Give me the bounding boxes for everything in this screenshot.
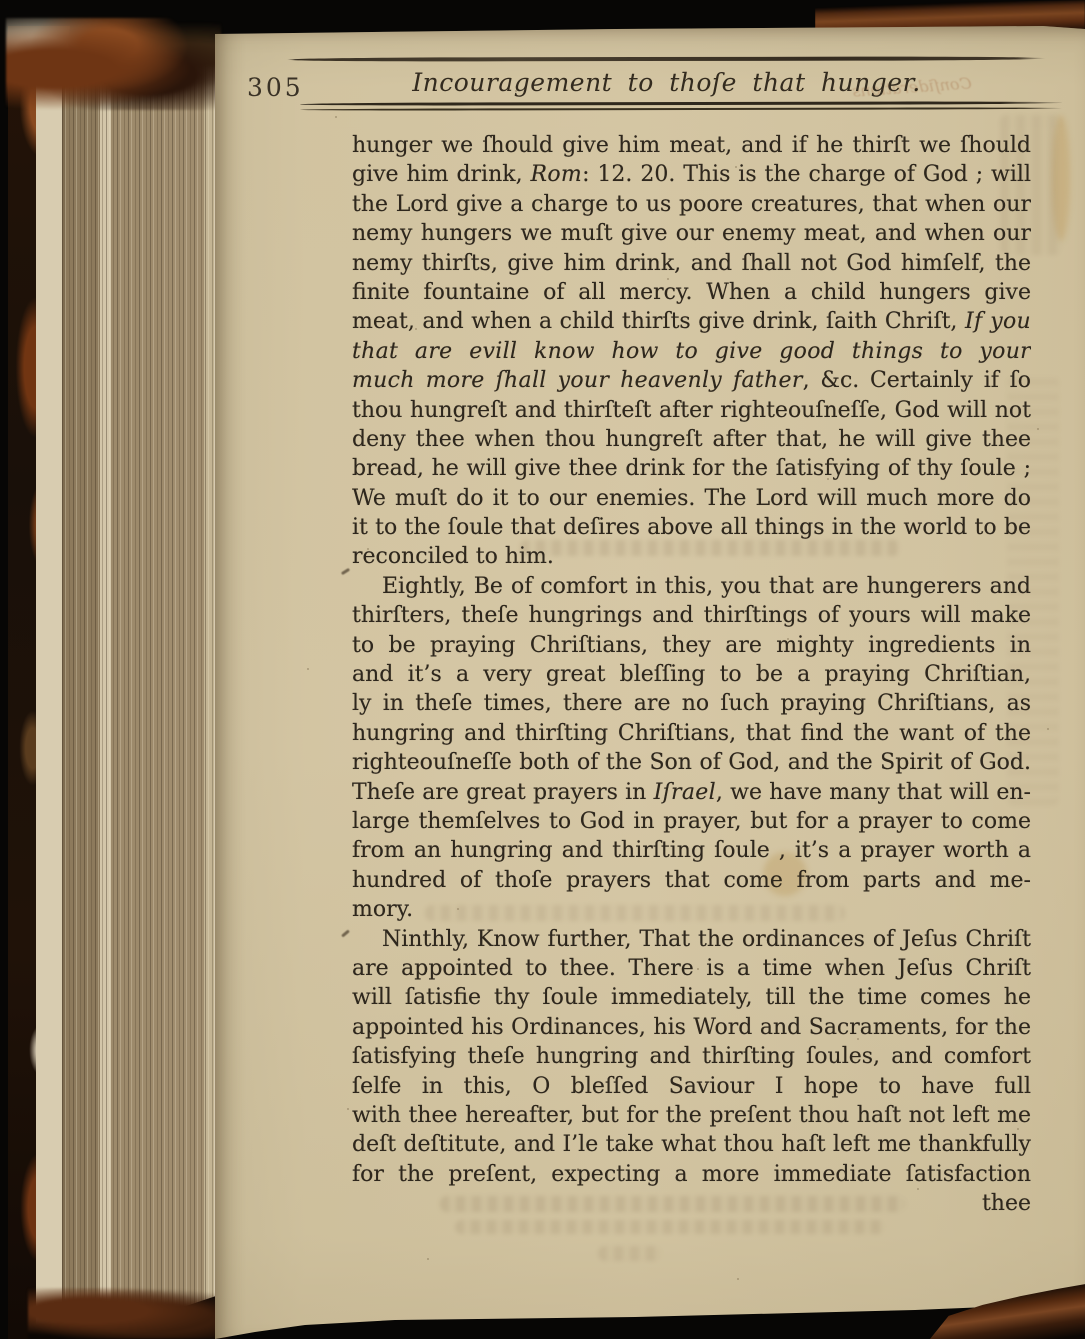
rule-line (300, 101, 1062, 106)
running-title: Incouragement to thoſe that hunger. (287, 68, 1046, 97)
text-line: hungring and thirſting Chriſtians, that … (352, 719, 1031, 748)
text-line: that are evill know how to give good thi… (352, 337, 1031, 366)
text-line: nemy hungers we muſt give our enemy meat… (352, 219, 1031, 248)
text-line: with thee hereafter, but for the preſent… (352, 1101, 1031, 1130)
book-page: Conſiderations 305 Incouragement to thoſ… (215, 26, 1085, 1339)
text-line: hunger we ſhould give him meat, and if h… (352, 131, 1031, 160)
text-line: will ſatisfie thy ſoule immediately, til… (352, 983, 1031, 1012)
text-line: deſt deſtitute, and I’le take what thou … (352, 1130, 1031, 1159)
text-line: it to the ſoule that deſires above all t… (352, 513, 1031, 542)
text-line: reconciled to him. (352, 542, 1031, 571)
header-rule-bottom (300, 101, 1062, 111)
text-line: meat, and when a child thirſts give drin… (352, 307, 1031, 336)
show-through-mark (598, 1246, 662, 1261)
margin-ink-mark (341, 929, 350, 937)
text-line: appointed his Ordinances, his Word and S… (352, 1013, 1031, 1042)
text-line: give him drink, Rom: 12. 20. This is the… (352, 160, 1031, 189)
header-rule-top (287, 56, 1046, 61)
text-line: Ninthly, Know further, That the ordinanc… (352, 925, 1031, 954)
book-photograph: Conſiderations 305 Incouragement to thoſ… (0, 0, 1085, 1339)
page-edge-striations (62, 56, 222, 1339)
text-line: We muſt do it to our enemies. The Lord w… (352, 484, 1031, 513)
text-line: deny thee when thou hungreſt after that,… (352, 425, 1031, 454)
text-line: and it’s a very great bleſſing to be a p… (352, 660, 1031, 689)
text-line: for the preſent, expecting a more immedi… (352, 1160, 1031, 1189)
text-line: hundred of thoſe prayers that come from … (352, 866, 1031, 895)
page-fore-edge (36, 56, 222, 1339)
text-line: righteouſneſſe both of the Son of God, a… (352, 748, 1031, 777)
text-line: ly in theſe times, there are no ſuch pra… (352, 689, 1031, 718)
catchword: thee (352, 1189, 1031, 1218)
text-line: finite fountaine of all mercy. When a ch… (352, 278, 1031, 307)
text-line: ſatisfying theſe hungring and thirſting … (352, 1042, 1031, 1071)
text-line: are appointed to thee. There is a time w… (352, 954, 1031, 983)
rule-line (300, 107, 1062, 111)
text-block: hunger we ſhould give him meat, and if h… (352, 131, 1031, 1218)
text-line: thou hungreſt and thirſteſt after righte… (352, 396, 1031, 425)
text-line: thirſters, theſe hungrings and thirſting… (352, 601, 1031, 630)
margin-ink-mark (341, 568, 350, 575)
text-line: mory. (352, 895, 1031, 924)
text-line: Theſe are great prayers in Iſrael, we ha… (352, 778, 1031, 807)
text-line: to be praying Chriſtians, they are might… (352, 631, 1031, 660)
text-line: nemy thirſts, give him drink, and ſhall … (352, 249, 1031, 278)
binding-bottom-left-corner (28, 1288, 228, 1339)
text-line: bread, he will give thee drink for the ſ… (352, 454, 1031, 483)
text-line: from an hungring and thirſting ſoule , i… (352, 836, 1031, 865)
worn-leather-top-corner (6, 18, 221, 110)
show-through-mark (455, 1220, 885, 1234)
text-line: ſelfe in this, O bleſſed Saviour I hope … (352, 1072, 1031, 1101)
text-line: the Lord give a charge to us poore creat… (352, 190, 1031, 219)
text-line: large themſelves to God in prayer, but f… (352, 807, 1031, 836)
text-line: much more ſhall your heavenly father, &c… (352, 366, 1031, 395)
text-line: Eightly, Be of comfort in this, you that… (352, 572, 1031, 601)
